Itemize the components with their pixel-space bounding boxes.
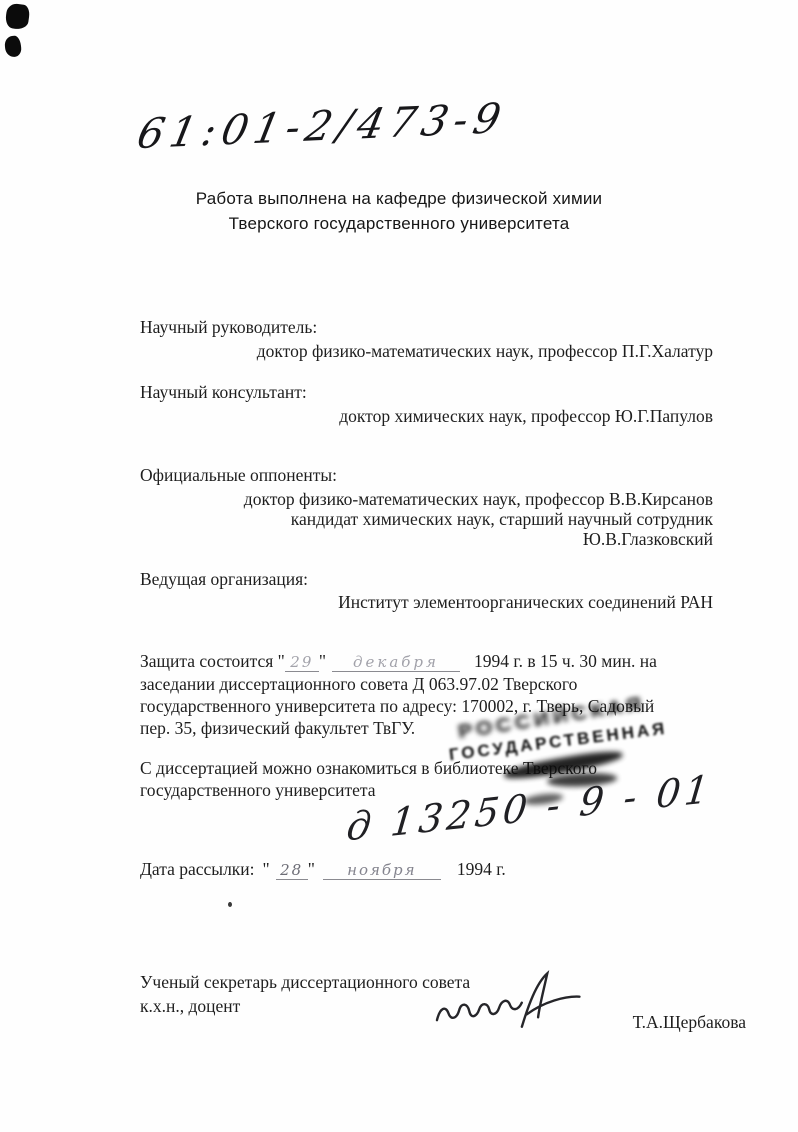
secretary-line-1: Ученый секретарь диссертационного совета	[140, 971, 470, 993]
organization-value: Институт элементоорганических соединений…	[140, 591, 713, 613]
scan-artifact-mark	[4, 3, 30, 31]
library-line-1: С диссертацией можно ознакомиться в библ…	[140, 757, 597, 779]
opponent-2-name: Ю.В.Глазковский	[140, 528, 713, 550]
consultant-label: Научный консультант:	[140, 381, 307, 403]
handwritten-defense-day: 29	[285, 653, 319, 672]
library-line-2: государственного университета	[140, 779, 376, 801]
header-line-2: Тверского государственного университета	[0, 211, 798, 236]
supervisor-label: Научный руководитель:	[140, 316, 317, 338]
defense-text-prefix: Защита состоится "	[140, 651, 285, 671]
header-line-1: Работа выполнена на кафедре физической х…	[0, 186, 798, 211]
scan-artifact-mark	[4, 35, 22, 58]
defense-line-4: пер. 35, физический факультет ТвГУ.	[140, 717, 415, 739]
organization-label: Ведущая организация:	[140, 568, 308, 590]
defense-close-quote: "	[319, 651, 326, 671]
handwritten-defense-month: декабря	[332, 653, 460, 672]
mailing-open-quote: "	[263, 859, 270, 879]
secretary-signature	[429, 968, 584, 1045]
dissertation-title-page: 61:01-2/473-9 Работа выполнена на кафедр…	[0, 0, 798, 1132]
defense-text-suffix: 1994 г. в 15 ч. 30 мин. на	[474, 651, 657, 671]
defense-line-2: заседании диссертационного совета Д 063.…	[140, 673, 577, 695]
mailing-label: Дата рассылки:	[140, 859, 255, 879]
mailing-close-quote: "	[308, 859, 315, 879]
handwritten-call-number: 61:01-2/473-9	[133, 94, 511, 159]
consultant-value: доктор химических наук, профессор Ю.Г.Па…	[140, 405, 713, 427]
opponents-label: Официальные оппоненты:	[140, 464, 337, 486]
opponent-2: кандидат химических наук, старший научны…	[140, 508, 713, 530]
scan-speck	[228, 902, 232, 907]
mailing-date-line: Дата рассылки:"28"ноября1994 г.	[140, 858, 506, 880]
defense-line-3: государственного университета по адресу:…	[140, 695, 654, 717]
opponent-1: доктор физико-математических наук, профе…	[140, 488, 713, 510]
mailing-year: 1994 г.	[457, 859, 506, 879]
handwritten-mailing-day: 28	[276, 861, 308, 880]
defense-line-1: Защита состоится "29"декабря1994 г. в 15…	[140, 650, 657, 672]
supervisor-value: доктор физико-математических наук, профе…	[140, 340, 713, 362]
handwritten-mailing-month: ноября	[323, 861, 441, 880]
